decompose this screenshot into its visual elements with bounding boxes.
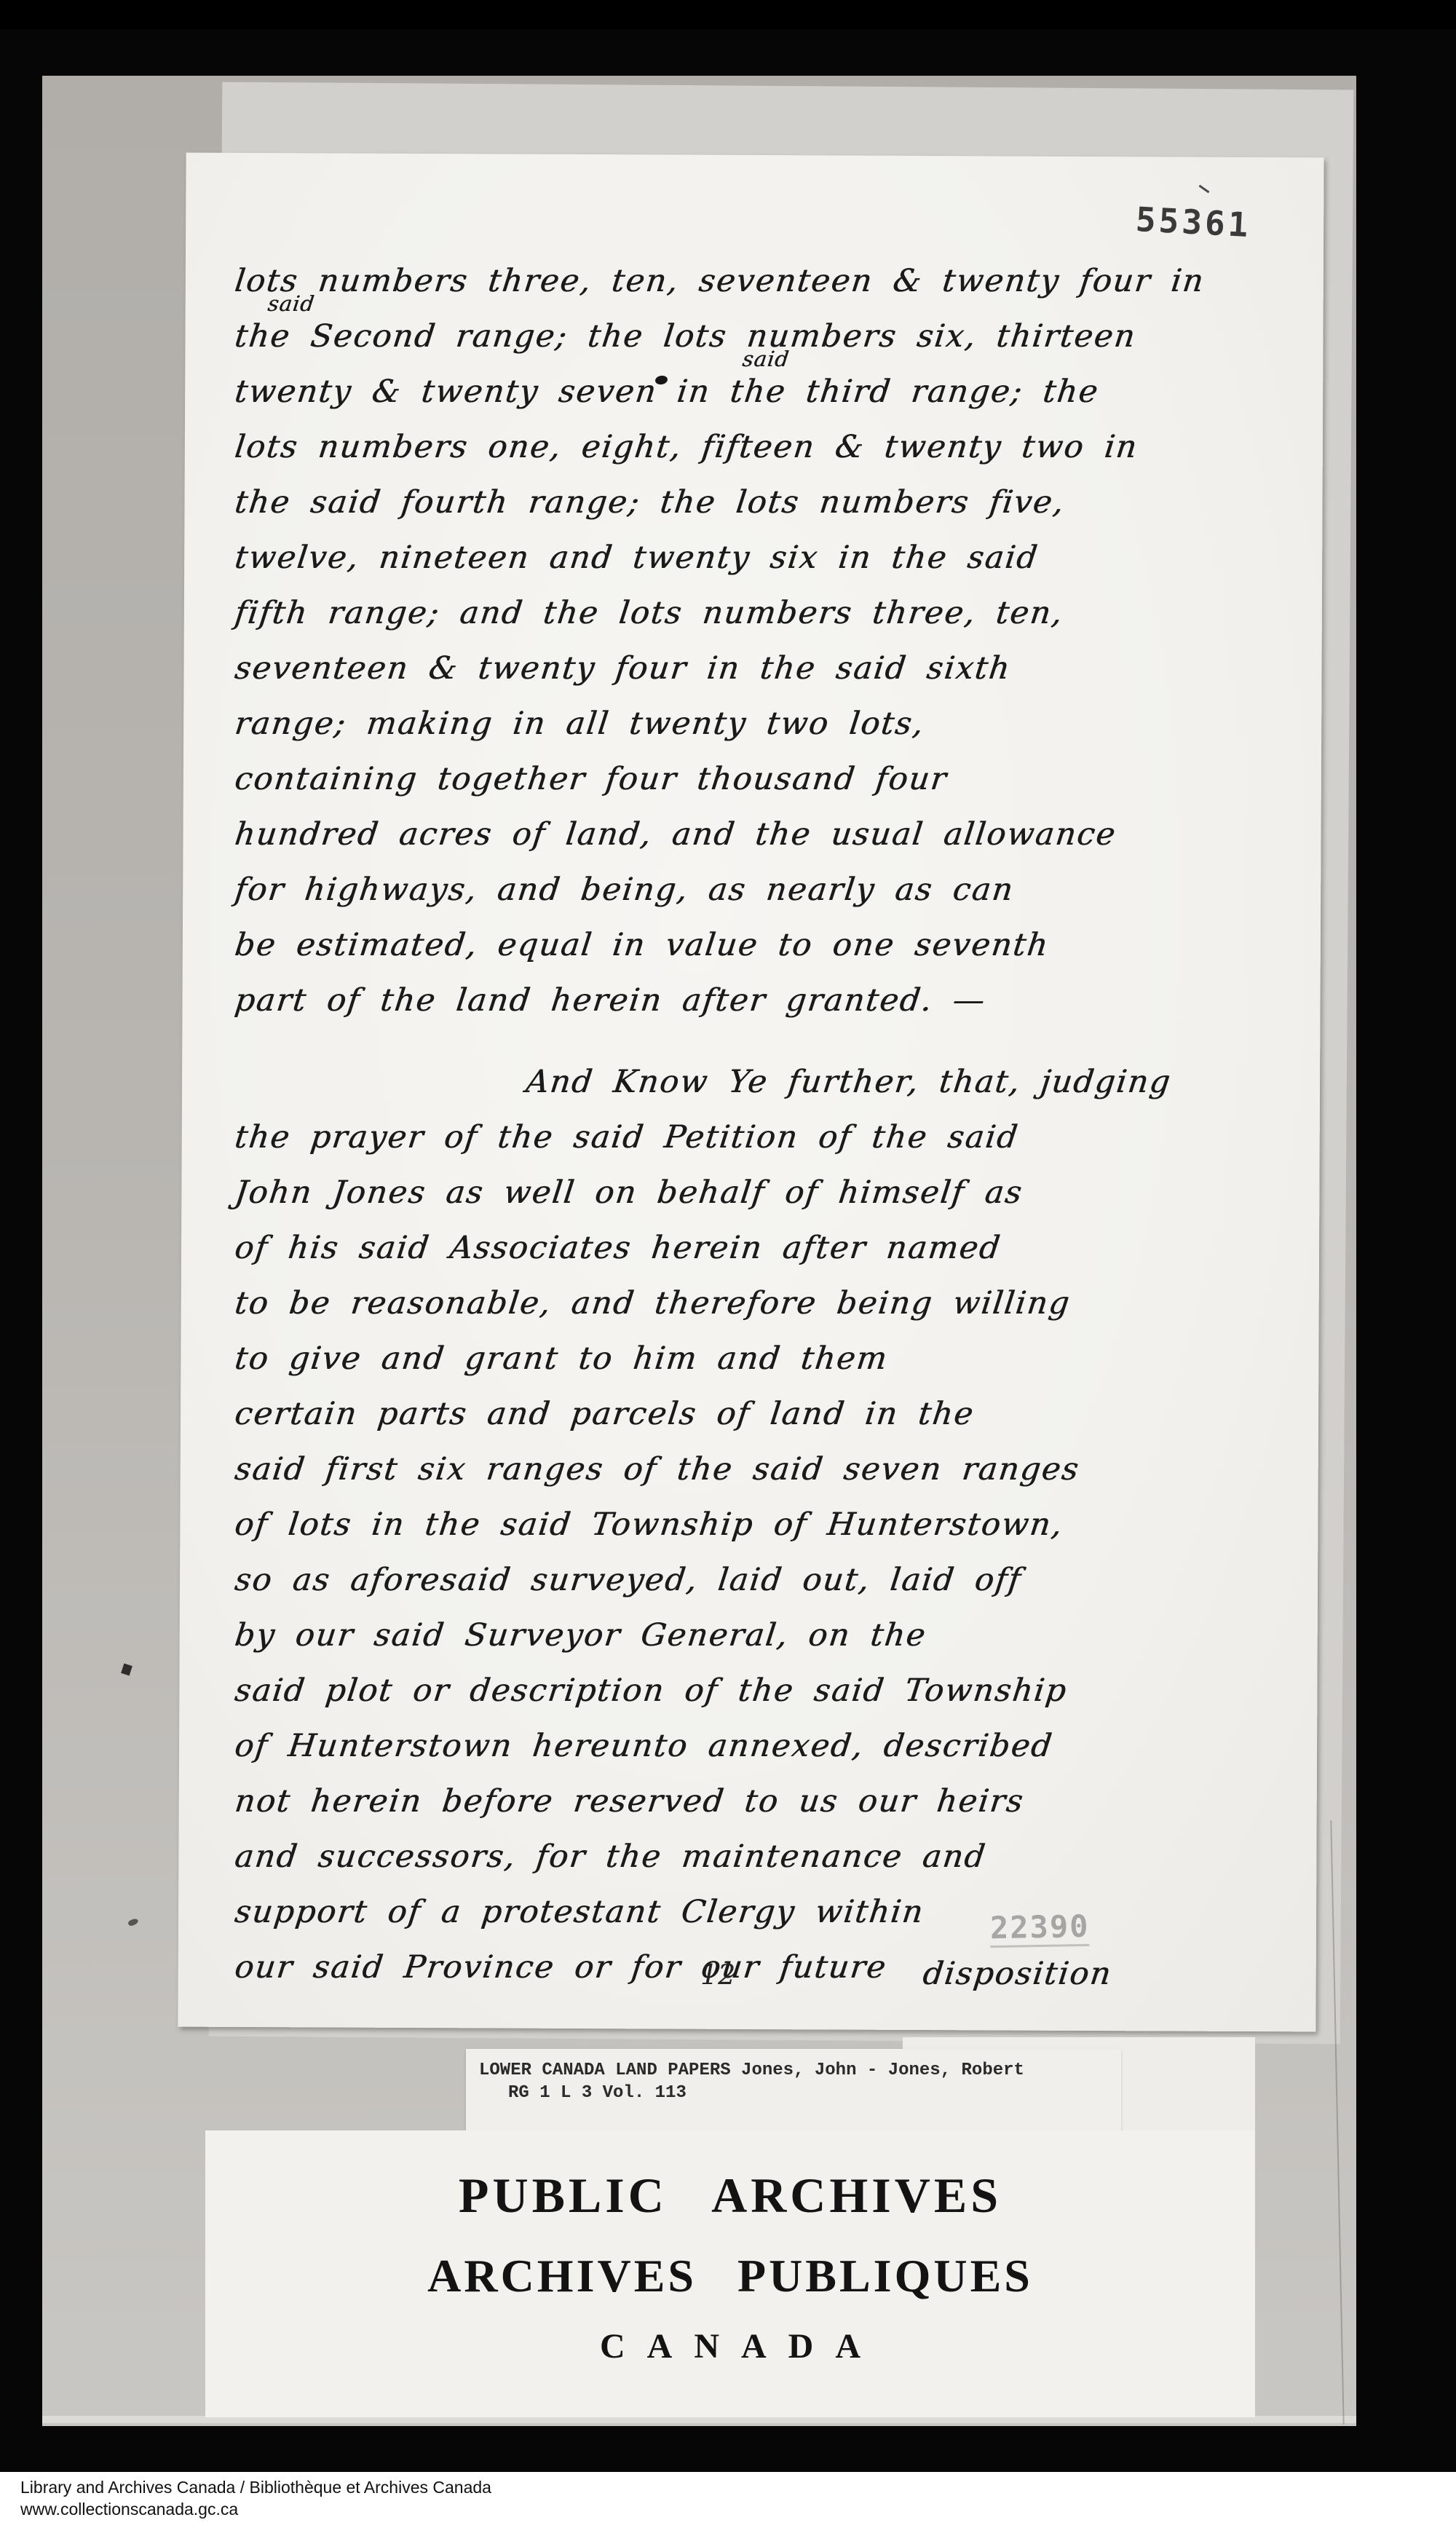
reference-label-line1: LOWER CANADA LAND PAPERS Jones, John - J…: [479, 2061, 1134, 2080]
manuscript-line: hundred acres of land, and the usual all…: [232, 807, 1208, 862]
manuscript-line: and successors, for the maintenance and: [232, 1829, 1174, 1884]
manuscript-line: of Hunterstown hereunto annexed, describ…: [232, 1718, 1174, 1774]
reference-label: LOWER CANADA LAND PAPERS Jones, John - J…: [466, 2049, 1121, 2142]
manuscript-line: range; making in all twenty two lots,: [232, 696, 1208, 751]
manuscript-line: fifth range; and the lots numbers three,…: [232, 585, 1208, 641]
manuscript-line: twelve, nineteen and twenty six in the s…: [232, 530, 1208, 585]
manuscript-line: certain parts and parcels of land in the: [232, 1386, 1174, 1442]
archives-title-french: ARCHIVES PUBLIQUES: [205, 2249, 1255, 2303]
manuscript-paragraph-1: lots numbers three, ten, seventeen & twe…: [232, 253, 1201, 1028]
scanner-top-strip: [0, 0, 1456, 29]
manuscript-closing-word: disposition: [921, 1956, 1114, 1992]
manuscript-line: for highways, and being, as nearly as ca…: [232, 862, 1208, 917]
faint-stamp-number: 22390: [990, 1908, 1090, 1948]
manuscript-line: containing together four thousand four: [232, 751, 1208, 807]
manuscript-line: so as aforesaid surveyed, laid out, laid…: [232, 1552, 1174, 1608]
reference-label-line2: RG 1 L 3 Vol. 113: [508, 2083, 1163, 2103]
archives-country: CANADA: [205, 2326, 1255, 2366]
manuscript-line: And Know Ye further, that, judging: [232, 1054, 1174, 1110]
manuscript-line: lots numbers three, ten, seventeen & twe…: [232, 253, 1208, 309]
scanned-page: 55361 lots numbers three, ten, seventeen…: [0, 0, 1456, 2528]
manuscript-line: seventeen & twenty four in the said sixt…: [232, 641, 1208, 696]
manuscript-line: part of the land herein after granted. —: [232, 973, 1208, 1028]
manuscript-line: said plot or description of the said Tow…: [232, 1663, 1174, 1718]
inserted-word: said: [266, 291, 316, 316]
manuscript-line: the Second range; the lots numbers six, …: [232, 309, 1208, 364]
footer-attribution: Library and Archives Canada / Bibliothèq…: [20, 2478, 491, 2497]
page-number: 12: [700, 1959, 735, 1991]
archives-card: PUBLIC ARCHIVES ARCHIVES PUBLIQUES CANAD…: [205, 2130, 1255, 2417]
manuscript-line: John Jones as well on behalf of himself …: [232, 1165, 1174, 1220]
manuscript-line: be estimated, equal in value to one seve…: [232, 917, 1208, 973]
manuscript-line: the prayer of the said Petition of the s…: [232, 1110, 1174, 1165]
manuscript-line: to be reasonable, and therefore being wi…: [232, 1276, 1174, 1331]
manuscript-line: not herein before reserved to us our hei…: [232, 1774, 1174, 1829]
manuscript-line: said first six ranges of the said seven …: [232, 1442, 1174, 1497]
archives-title-english: PUBLIC ARCHIVES: [205, 2167, 1255, 2224]
manuscript-line: the said fourth range; the lots numbers …: [232, 475, 1208, 530]
manuscript-line: to give and grant to him and them: [232, 1331, 1174, 1386]
manuscript-line: of lots in the said Township of Hunterst…: [232, 1497, 1174, 1552]
footer-website: www.collectionscanada.gc.ca: [20, 2500, 238, 2519]
page-stamp-number: 55361: [1135, 200, 1252, 245]
manuscript-line: of his said Associates herein after name…: [232, 1220, 1174, 1276]
inserted-word: said: [741, 347, 791, 371]
manuscript-line: lots numbers one, eight, fifteen & twent…: [232, 419, 1208, 475]
manuscript-line: twenty & twenty seven in the third range…: [232, 364, 1208, 419]
manuscript-paragraph-2: And Know Ye further, that, judging the p…: [232, 1054, 1168, 1995]
manuscript-line: by our said Surveyor General, on the: [232, 1608, 1174, 1663]
footer-band: Library and Archives Canada / Bibliothèq…: [0, 2472, 1456, 2528]
